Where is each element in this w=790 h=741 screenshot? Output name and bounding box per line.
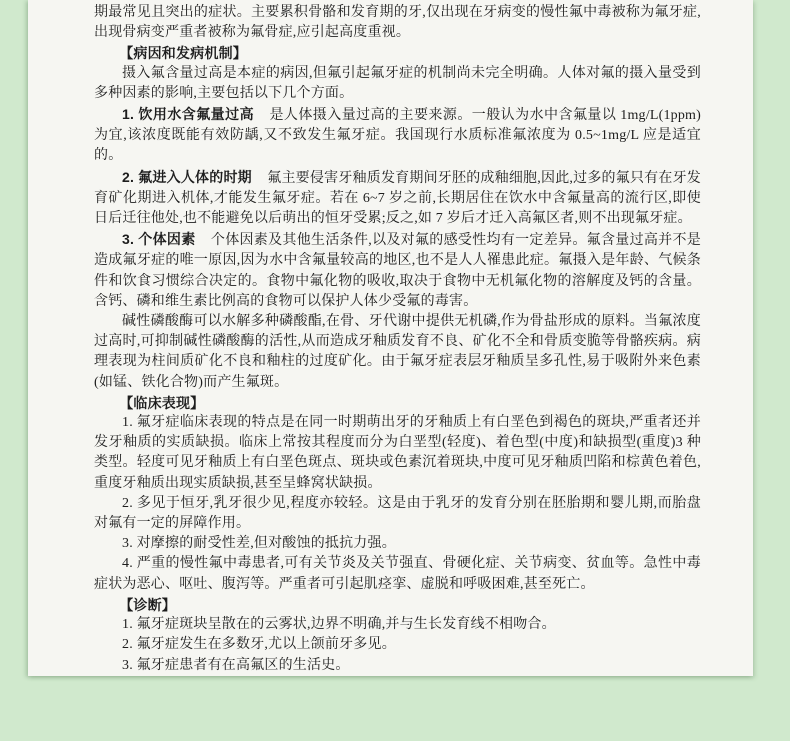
diagnosis-item-1: 1. 氟牙症斑块呈散在的云雾状,边界不明确,并与生长发育线不相吻合。: [94, 615, 701, 635]
section-heading-etiology: 【病因和发病机制】: [94, 43, 701, 63]
section-heading-diagnosis: 【诊断】: [94, 595, 701, 615]
section-heading-clinical: 【临床表现】: [94, 393, 701, 413]
paragraph-alkaline-phosphatase: 碱性磷酸酶可以水解多种磷酸酯,在骨、牙代谢中提供无机磷,作为骨盐形成的原料。当氟…: [94, 312, 701, 393]
continuation-paragraph: 期最常见且突出的症状。主要累积骨骼和发育期的牙,仅出现在牙病变的慢性氟中毒被称为…: [94, 3, 701, 43]
item-term: 3. 个体因素: [122, 231, 196, 247]
text-column: 期最常见且突出的症状。主要累积骨骼和发育期的牙,仅出现在牙病变的慢性氟中毒被称为…: [28, 0, 753, 676]
numbered-item-water-fluoride: 1. 饮用水含氟量过高是人体摄入量过高的主要来源。一般认为水中含氟量以 1mg/…: [94, 104, 701, 167]
numbered-item-intake-period: 2. 氟进入人体的时期氟主要侵害牙釉质发育期间牙胚的成釉细胞,因此,过多的氟只有…: [94, 167, 701, 230]
item-term: 1. 饮用水含氟量过高: [122, 106, 254, 122]
clinical-item-4: 4. 严重的慢性氟中毒患者,可有关节炎及关节强直、骨硬化症、关节病变、贫血等。急…: [94, 554, 701, 594]
clinical-item-2: 2. 多见于恒牙,乳牙很少见,程度亦较轻。这是由于乳牙的发育分别在胚胎期和婴儿期…: [94, 494, 701, 534]
diagnosis-item-3: 3. 氟牙症患者有在高氟区的生活史。: [94, 656, 701, 676]
diagnosis-item-2: 2. 氟牙症发生在多数牙,尤以上颌前牙多见。: [94, 635, 701, 655]
item-term: 2. 氟进入人体的时期: [122, 169, 252, 185]
clinical-item-1: 1. 氟牙症临床表现的特点是在同一时期萌出牙的牙釉质上有白垩色到褐色的斑块,严重…: [94, 413, 701, 494]
paragraph-etiology-intro: 摄入氟含量过高是本症的病因,但氟引起氟牙症的机制尚未完全明确。人体对氟的摄入量受…: [94, 64, 701, 104]
numbered-item-individual-factors: 3. 个体因素个体因素及其他生活条件,以及对氟的感受性均有一定差异。氟含量过高并…: [94, 229, 701, 312]
book-page: 期最常见且突出的症状。主要累积骨骼和发育期的牙,仅出现在牙病变的慢性氟中毒被称为…: [28, 0, 753, 676]
clinical-item-3: 3. 对摩擦的耐受性差,但对酸蚀的抵抗力强。: [94, 534, 701, 554]
scan-background: 期最常见且突出的症状。主要累积骨骼和发育期的牙,仅出现在牙病变的慢性氟中毒被称为…: [0, 0, 790, 741]
